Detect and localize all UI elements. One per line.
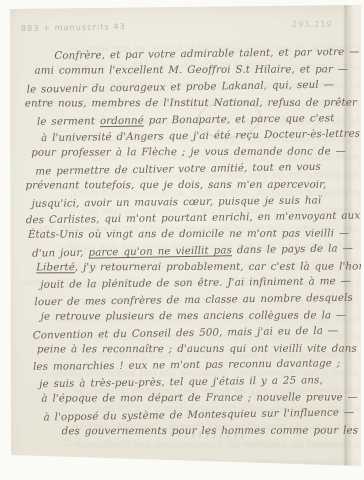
- pencil-annotation-left: 883 + manuscrits 43: [21, 22, 126, 33]
- scan-background: { "document": { "paper_color": "#eae6da"…: [0, 0, 364, 480]
- manuscript-text: Confrère, et par votre admirable talent,…: [32, 45, 347, 441]
- pencil-annotation-right: 293.219: [292, 20, 333, 29]
- manuscript-line: entre nous, membres de l'Institut Nation…: [25, 95, 345, 112]
- letter-page: 883 + manuscrits 43 293.219 Confrère, et…: [0, 0, 364, 480]
- scan-area: 883 + manuscrits 43 293.219 Confrère, et…: [0, 0, 364, 480]
- manuscript-line: prévenant toutefois, que je dois, sans m…: [25, 177, 345, 194]
